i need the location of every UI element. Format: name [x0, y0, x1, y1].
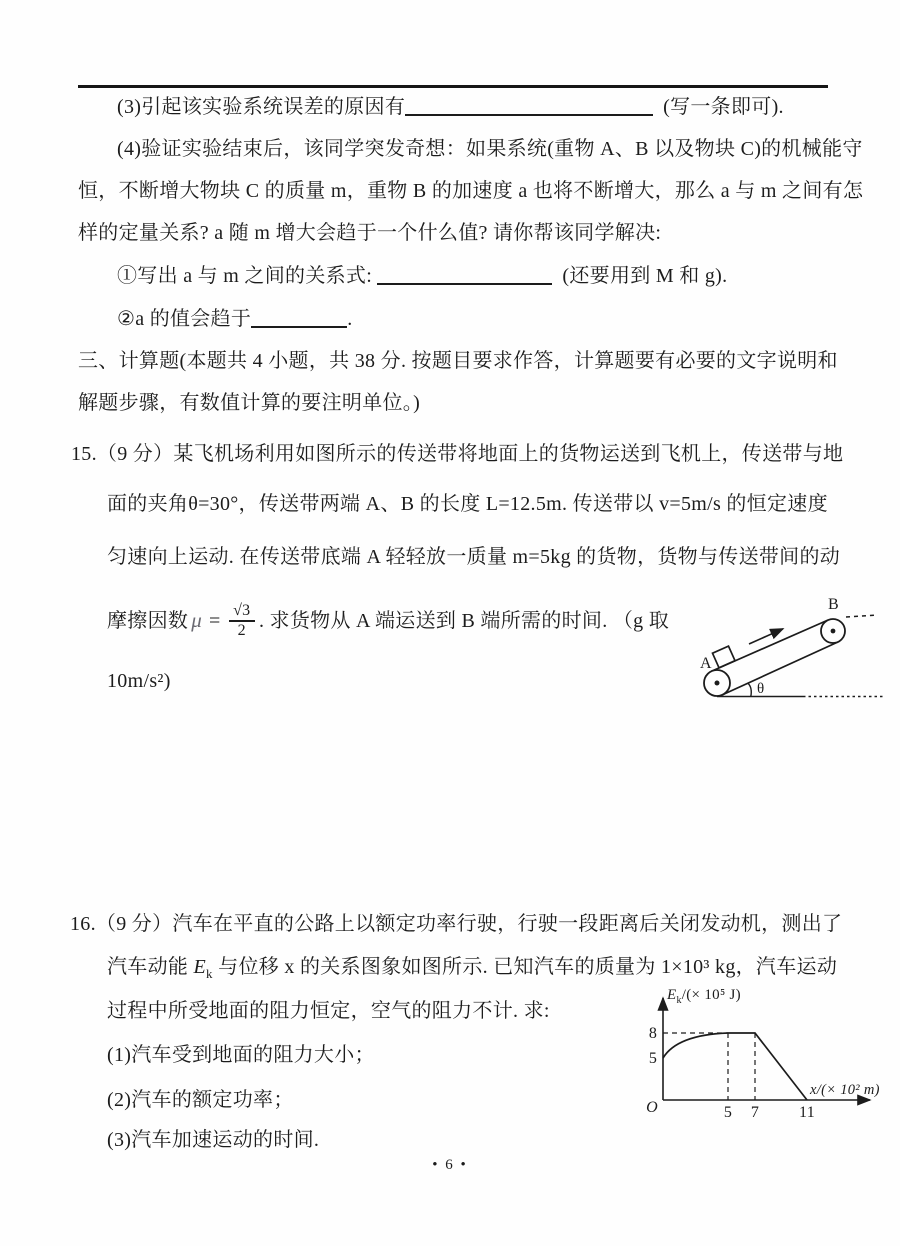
q15-line4-text: 摩擦因数 — [107, 608, 188, 634]
q14-sub2-line: ②a 的值会趋于. — [117, 306, 353, 332]
cargo-block — [713, 646, 736, 668]
x-axis-title: x/(× 10² m) — [809, 1082, 880, 1098]
origin-label: O — [646, 1099, 658, 1116]
ek-x-graph: 8 5 O 5 7 11 Ek/(× 10⁵ J) x/(× 10² m) — [640, 982, 895, 1122]
belt-lower-edge — [722, 642, 838, 695]
q16-line2-suffix: 与位移 x 的关系图象如图所示. 已知汽车的质量为 1×10³ kg，汽车运动 — [213, 956, 837, 978]
q14-sub1-text: ①写出 a 与 m 之间的关系式: — [117, 265, 372, 287]
Ek-variable: E — [194, 956, 207, 978]
q15-line4-rest: . 求货物从 A 端运送到 B 端所需的时间. （g 取 — [259, 608, 669, 634]
conveyor-belt-diagram: A B θ — [683, 592, 888, 707]
q15-line3: 匀速向上运动. 在传送带底端 A 轻轻放一质量 m=5kg 的货物，货物与传送带… — [107, 544, 840, 570]
q16-line1: 16.（9 分）汽车在平直的公路上以额定功率行驶，行驶一段距离后关闭发动机，测出… — [70, 911, 842, 937]
y-title-units: /(× 10⁵ J) — [682, 987, 741, 1003]
theta-angle-arc — [748, 683, 751, 696]
q14-sub1-line: ①写出 a 与 m 之间的关系式: (还要用到 M 和 g). — [117, 263, 727, 289]
bottom-pulley-axle — [715, 681, 720, 686]
sqrt3-over-2-fraction: √32 — [229, 602, 255, 639]
q16-line3: 过程中所受地面的阻力恒定，空气的阻力不计. 求: — [107, 998, 550, 1024]
top-horizontal-rule — [78, 85, 828, 88]
xtick-11: 11 — [799, 1104, 815, 1121]
q16-item1: (1)汽车受到地面的阻力大小； — [107, 1042, 375, 1068]
fraction-denominator: 2 — [229, 620, 255, 640]
q14-part4-line1: (4)验证实验结束后，该同学突发奇想：如果系统(重物 A、B 以及物块 C)的机… — [117, 136, 863, 162]
section3-header-line2: 解题步骤，有数值计算的要注明单位。) — [78, 390, 420, 416]
ek-curve — [663, 1033, 807, 1100]
q14-part4-line2: 恒，不断增大物块 C 的质量 m，重物 B 的加速度 a 也将不断增大，那么 a… — [78, 178, 863, 204]
q16-item2: (2)汽车的额定功率； — [107, 1087, 294, 1113]
q15-line5: 10m/s²) — [107, 668, 171, 694]
b-level-dashed-line — [846, 615, 877, 617]
q15-line1: 15.（9 分）某飞机场利用如图所示的传送带将地面上的货物运送到飞机上，传送带与… — [71, 441, 843, 467]
xtick-5: 5 — [724, 1104, 732, 1121]
equals-sign: = — [205, 608, 225, 634]
q14-part3-note: (写一条即可). — [663, 96, 784, 118]
mu-symbol: μ — [188, 607, 205, 634]
fraction-numerator: √3 — [231, 602, 252, 620]
q14-part3-line: (3)引起该实验系统误差的原因有(写一条即可). — [117, 94, 784, 120]
exam-page: (3)引起该实验系统误差的原因有(写一条即可). (4)验证实验结束后，该同学突… — [0, 0, 900, 1246]
q16-line2-prefix: 汽车动能 — [107, 956, 194, 978]
section3-header-line1: 三、计算题(本题共 4 小题，共 38 分. 按题目要求作答，计算题要有必要的文… — [78, 348, 838, 374]
page-number: • 6 • — [0, 1157, 900, 1174]
y-axis-title: Ek/(× 10⁵ J) — [666, 987, 741, 1006]
q14-sub2-text: ②a 的值会趋于 — [117, 308, 251, 330]
q14-sub2-period: . — [347, 308, 352, 330]
label-B: B — [828, 596, 839, 613]
label-A: A — [700, 655, 712, 672]
q14-part4-line3: 样的定量关系? a 随 m 增大会趋于一个什么值? 请你帮该同学解决: — [78, 220, 661, 246]
answer-blank-underline — [377, 264, 552, 285]
y-title-E: E — [666, 987, 676, 1003]
xtick-7: 7 — [751, 1104, 759, 1121]
q14-part3-text: (3)引起该实验系统误差的原因有 — [117, 96, 405, 118]
q15-line2: 面的夹角θ=30°，传送带两端 A、B 的长度 L=12.5m. 传送带以 v=… — [107, 491, 828, 517]
label-theta: θ — [757, 681, 765, 697]
ytick-5: 5 — [649, 1050, 657, 1067]
q16-line2: 汽车动能 Ek 与位移 x 的关系图象如图所示. 已知汽车的质量为 1×10³ … — [107, 954, 837, 983]
Ek-subscript: k — [206, 966, 213, 981]
answer-blank-underline — [405, 95, 653, 116]
answer-blank-underline — [251, 307, 347, 328]
q14-sub1-note: (还要用到 M 和 g). — [562, 265, 727, 287]
top-pulley-axle — [831, 629, 836, 634]
q15-line4: 摩擦因数μ=√32. 求货物从 A 端运送到 B 端所需的时间. （g 取 — [107, 593, 669, 649]
ytick-8: 8 — [649, 1025, 657, 1042]
q16-item3: (3)汽车加速运动的时间. — [107, 1127, 319, 1153]
